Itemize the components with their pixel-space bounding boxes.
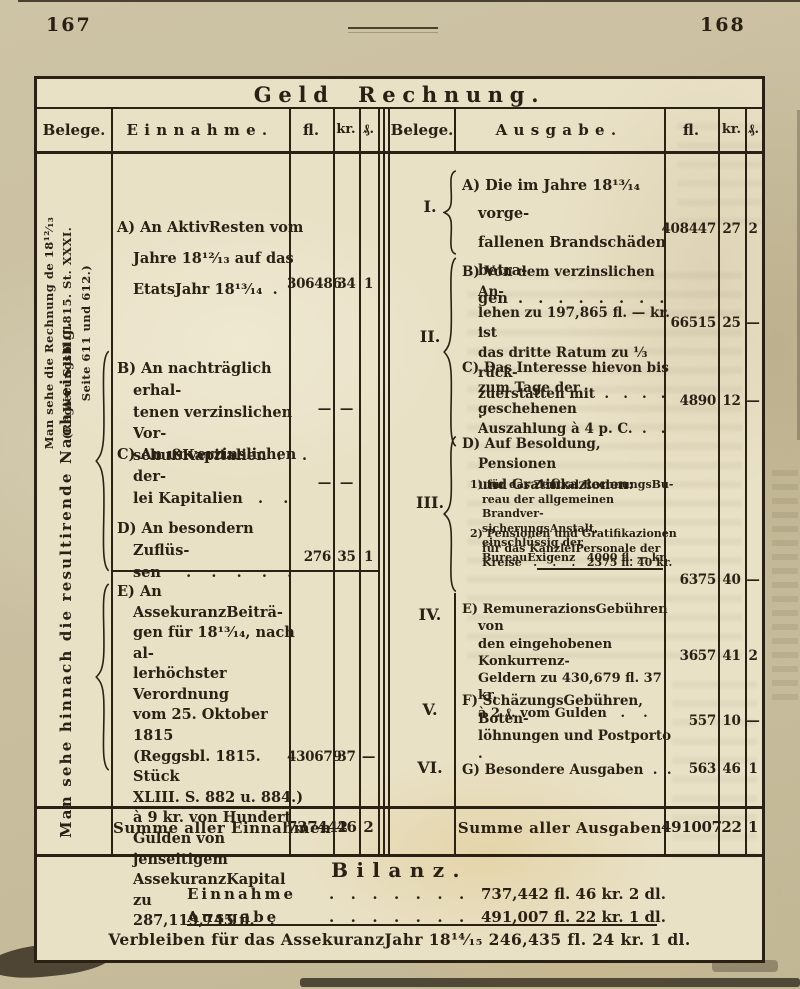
- value-cell: 27: [719, 220, 744, 238]
- scanned-ledger-page: 167 168 Geld Rechnung. Belege. Einnahme.…: [0, 0, 800, 989]
- value-cell: 3657: [661, 647, 716, 665]
- header-center-rule: [348, 27, 438, 33]
- left-brace-entry-e: [95, 582, 110, 772]
- bilanz-title: Bilanz.: [37, 858, 762, 882]
- value-cell: —: [744, 712, 762, 730]
- beleg-numeral-ii: II.: [413, 327, 447, 346]
- einnahme-entry-d: D) An besondern Zuflüs- sen . . . . .: [117, 518, 309, 583]
- col-header-kr-left: kr.: [333, 109, 359, 151]
- value-cell: —: [744, 571, 762, 589]
- right-brace-ii: [443, 256, 457, 448]
- margin-note-nachweisung: Man sehe hinnach die resultirende Nachwe…: [57, 302, 79, 856]
- col-header-fl-left: fl.: [289, 109, 333, 151]
- value-cell: —: [287, 474, 331, 492]
- col-header-belege-right: Belege.: [390, 109, 454, 151]
- bilanz-row-einnahme: Einnahme . . . . . . . 737,442 fl. 46 kr…: [187, 885, 707, 903]
- value-cell: 563: [661, 760, 716, 778]
- dot-leader: . . . . . . .: [329, 885, 481, 903]
- summe-value: 22: [719, 818, 744, 836]
- beleg-numeral-iv: IV.: [413, 605, 447, 624]
- beleg-numeral-vi: VI.: [413, 758, 447, 777]
- beleg-numeral-iii: III.: [413, 493, 447, 512]
- value-cell: —: [744, 392, 762, 410]
- value-cell: 10: [719, 712, 744, 730]
- page-number-right: 168: [700, 14, 746, 36]
- summe-einnahmen-label: Summe aller Einnahmen: [113, 819, 289, 837]
- value-cell: —: [334, 474, 359, 492]
- center-double-rule: [378, 109, 390, 857]
- value-cell: —: [334, 400, 359, 418]
- value-cell: 34: [334, 275, 359, 293]
- summe-value: 491007: [661, 818, 716, 836]
- col-header-einnahme: Einnahme.: [111, 109, 289, 151]
- value-cell: 2: [744, 647, 762, 665]
- bilanz-label: Ausgabe: [187, 908, 329, 926]
- beleg-numeral-v: V.: [413, 700, 447, 719]
- col-header-dl-left: ₰.: [359, 109, 378, 151]
- value-cell: 2: [744, 220, 762, 238]
- value-cell: —: [744, 314, 762, 332]
- summe-value: 2: [359, 818, 378, 836]
- bilanz-amount: 491,007 fl. 22 kr. 1 dl.: [481, 908, 707, 926]
- geld-rechnung-table: Geld Rechnung. Belege. Einnahme. fl. kr.…: [34, 76, 765, 963]
- value-cell: 1: [359, 275, 378, 293]
- summe-value: 46: [334, 818, 359, 836]
- value-cell: 35: [334, 548, 359, 566]
- value-cell: 12: [719, 392, 744, 410]
- col-header-dl-right: ₰.: [745, 109, 762, 151]
- bilanz-row-ausgabe: Ausgabe . . . . . . . 491,007 fl. 22 kr.…: [187, 908, 707, 926]
- ausgabe-entry-c: C) Das Interesse hievon bis zum Tage der…: [462, 358, 682, 439]
- bilanz-amount: 737,442 fl. 46 kr. 2 dl.: [481, 885, 707, 903]
- value-cell: 4890: [661, 392, 716, 410]
- right-brace-iii: [443, 435, 457, 593]
- column-rule: [454, 109, 456, 151]
- value-cell: —: [287, 400, 331, 418]
- col-header-ausgabe: Ausgabe.: [454, 109, 664, 151]
- einnahme-entry-a: A) An AktivResten vom Jahre 18¹²⁄₁₃ auf …: [117, 212, 309, 306]
- right-brace-i: [443, 170, 457, 255]
- value-cell: 306486: [287, 275, 331, 293]
- col-header-belege-left: Belege.: [37, 109, 111, 151]
- col-header-fl-right: fl.: [664, 109, 718, 151]
- value-cell: 408447: [661, 220, 716, 238]
- page-number-left: 167: [46, 14, 92, 36]
- summe-ausgaben-label: Summe aller Ausgaben: [456, 819, 664, 837]
- summe-value: 1: [744, 818, 762, 836]
- dot-leader: . . . . . . .: [329, 908, 481, 926]
- value-cell: 1: [359, 548, 378, 566]
- ausgabe-entry-d-sub2: 2) Pensionen und Gratifikazionen für das…: [470, 527, 678, 571]
- bilanz-verbleiben: Verbleiben für das AssekuranzJahr 18¹⁴⁄₁…: [37, 930, 762, 949]
- value-cell: 37: [334, 748, 359, 766]
- left-brace-entries-bcd: [95, 349, 110, 573]
- value-cell: 557: [661, 712, 716, 730]
- value-cell: 430679: [287, 748, 331, 766]
- value-cell: 6375: [661, 571, 716, 589]
- table-title: Geld Rechnung.: [37, 79, 762, 109]
- ausgabe-entry-f: F) SchäzungsGebühren, Boten- löhnungen u…: [462, 693, 682, 763]
- value-cell: 66515: [661, 314, 716, 332]
- value-cell: 276: [287, 548, 331, 566]
- value-cell: 46: [719, 760, 744, 778]
- value-cell: 40: [719, 571, 744, 589]
- value-cell: 25: [719, 314, 744, 332]
- bilanz-label: Einnahme: [187, 885, 329, 903]
- beleg-numeral-i: I.: [413, 197, 447, 216]
- summe-value: 737442: [287, 818, 331, 836]
- value-cell: —: [359, 748, 378, 766]
- column-rule: [359, 109, 361, 857]
- value-cell: 41: [719, 647, 744, 665]
- scan-edge-bottom: [300, 978, 800, 987]
- column-rule: [111, 109, 113, 857]
- col-header-kr-right: kr.: [718, 109, 745, 151]
- margin-bleedthrough: [772, 470, 798, 700]
- scan-edge-top: [18, 0, 800, 2]
- einnahme-entry-c: C) An unverzinslichen der- lei Kapitalie…: [117, 444, 309, 509]
- ausgabe-entry-g: G) Besondere Ausgaben . .: [462, 760, 682, 780]
- value-cell: 1: [744, 760, 762, 778]
- column-rule: [454, 593, 456, 857]
- header-bottom-rule: [37, 151, 762, 154]
